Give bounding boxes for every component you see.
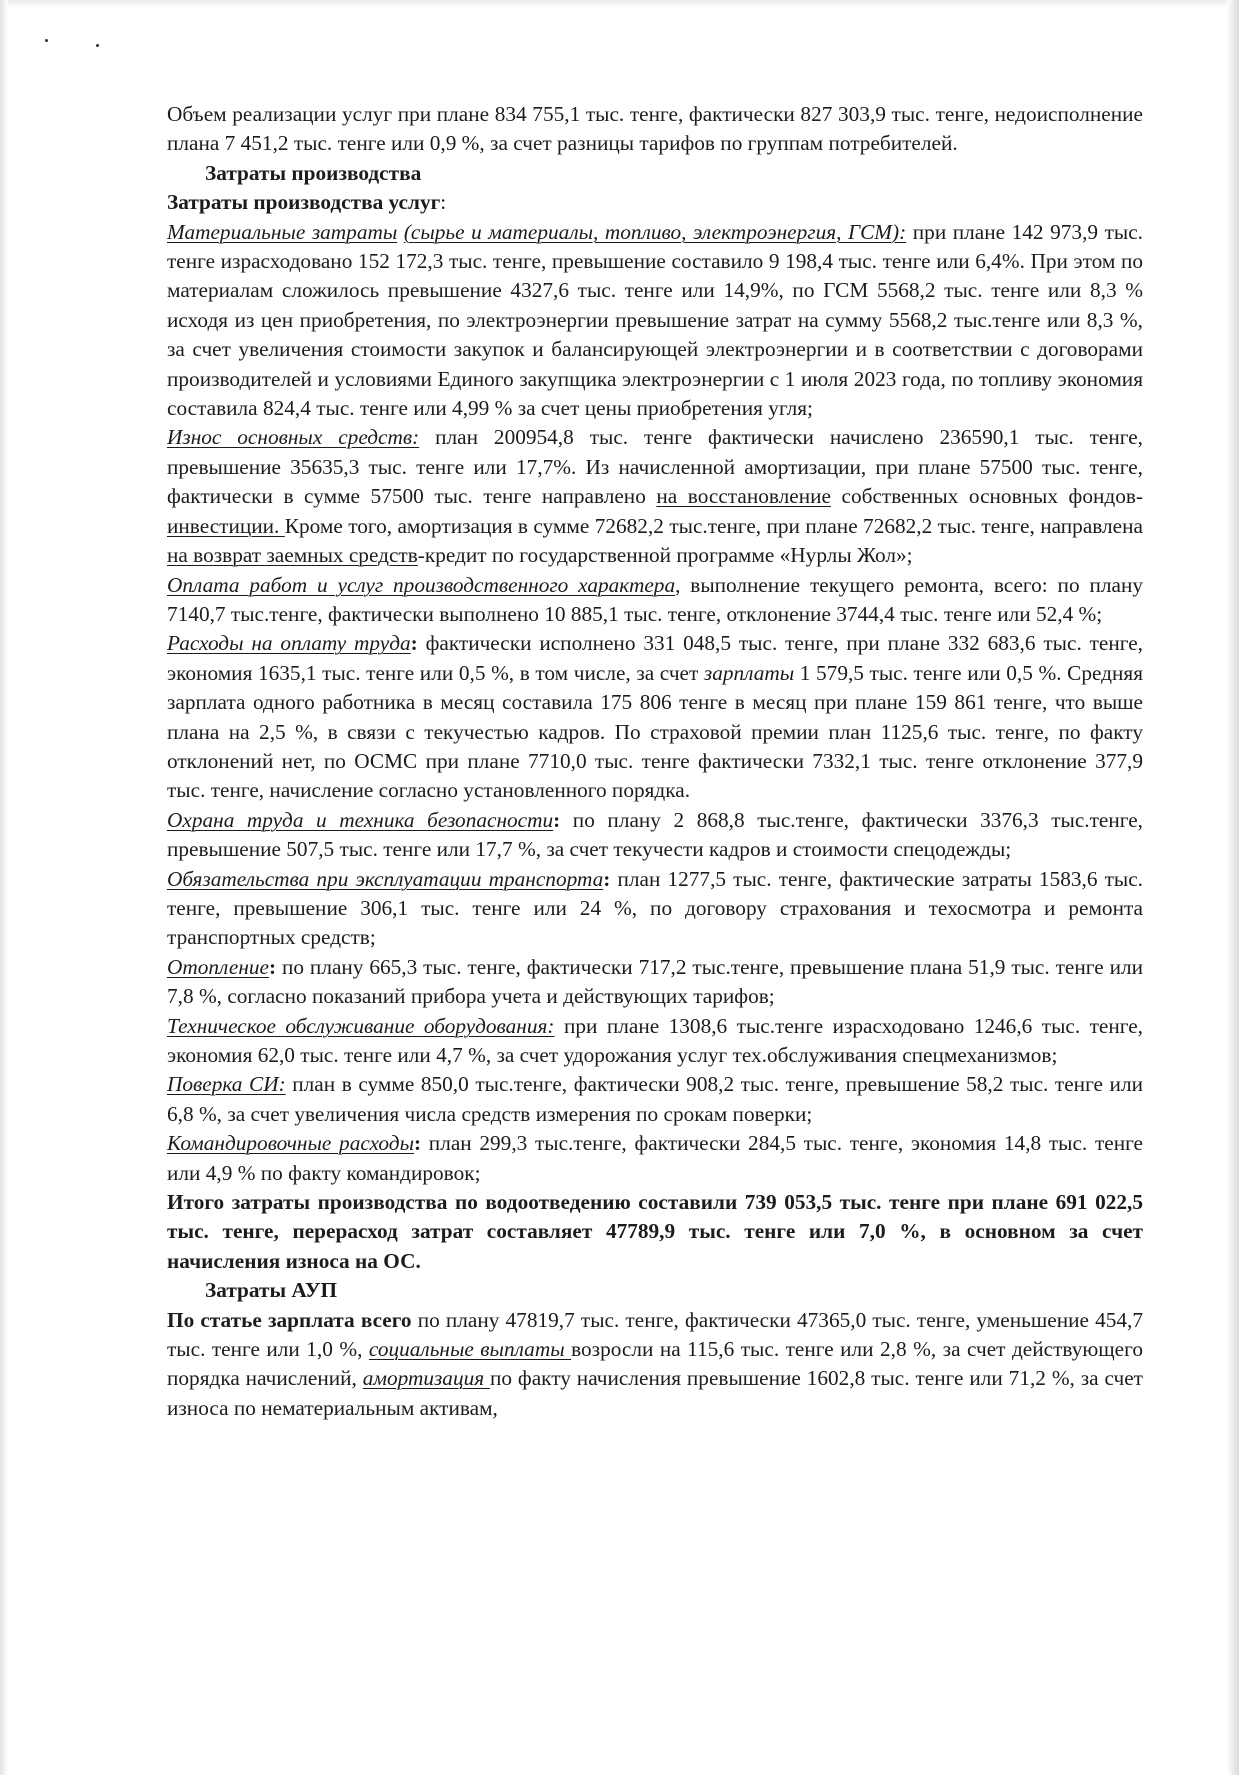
item-heading: Командировочные расходы (167, 1131, 414, 1155)
section-heading: Затраты производства услуг: (167, 188, 1143, 217)
item-heading: Оплата работ и услуг производственного х… (167, 573, 675, 597)
body-paragraph: Обязательства при эксплуатации транспорт… (167, 865, 1143, 953)
text-run: план в сумме 850,0 тыс.тенге, фактически… (167, 1072, 1143, 1125)
text-run: собственных основных фондов- (831, 484, 1143, 508)
text-run: Итого затраты производства по водоотведе… (167, 1190, 1143, 1273)
item-heading: Износ основных средств: (167, 425, 419, 449)
body-paragraph: Поверка СИ: план в сумме 850,0 тыс.тенге… (167, 1070, 1143, 1129)
scan-speck (45, 39, 48, 42)
body-paragraph: Оплата работ и услуг производственного х… (167, 571, 1143, 630)
item-heading: (сырье и материалы, топливо, электроэнер… (404, 220, 906, 244)
text-run: Затраты производства (205, 161, 421, 185)
item-heading: амортизация (363, 1366, 490, 1390)
text-run: Затраты АУП (205, 1278, 337, 1302)
underlined-text: инвестиции. (167, 514, 285, 538)
text-run: при плане 142 973,9 тыс. тенге израсходо… (167, 220, 1143, 420)
text-run: : (411, 631, 418, 655)
body-paragraph: По статье зарплата всего по плану 47819,… (167, 1306, 1143, 1424)
scan-edge-top (0, 0, 1239, 8)
section-heading: Затраты производства (167, 159, 1143, 188)
body-paragraph: Расходы на оплату труда: фактически испо… (167, 629, 1143, 805)
body-paragraph: Износ основных средств: план 200954,8 ты… (167, 423, 1143, 570)
scan-speck (96, 44, 99, 47)
body-paragraph: Командировочные расходы: план 299,3 тыс.… (167, 1129, 1143, 1188)
scan-edge-left (0, 0, 8, 1775)
body-paragraph: Объем реализации услуг при плане 834 755… (167, 100, 1143, 159)
text-run: Затраты производства услуг (167, 190, 440, 214)
body-paragraph: Материальные затраты (сырье и материалы,… (167, 218, 1143, 424)
text-run: зарплаты (704, 661, 794, 685)
item-heading: Расходы на оплату труда (167, 631, 411, 655)
text-run: Объем реализации услуг при плане 834 755… (167, 102, 1143, 155)
item-heading: социальные выплаты (369, 1337, 571, 1361)
item-heading: Охрана труда и техника безопасности (167, 808, 553, 832)
body-paragraph: Охрана труда и техника безопасности: по … (167, 806, 1143, 865)
text-run: Кроме того, амортизация в сумме 72682,2 … (285, 514, 1143, 538)
underlined-text: на восстановление (656, 484, 831, 508)
item-heading: Отопление (167, 955, 269, 979)
body-paragraph: Техническое обслуживание оборудования: п… (167, 1012, 1143, 1071)
item-heading: Материальные затраты (167, 220, 397, 244)
total-paragraph: Итого затраты производства по водоотведе… (167, 1188, 1143, 1276)
text-run: по плану 665,3 тыс. тенге, фактически 71… (167, 955, 1143, 1008)
underlined-text: на возврат заемных средств (167, 543, 418, 567)
text-run: По статье зарплата всего (167, 1308, 412, 1332)
text-run: : (440, 190, 446, 214)
item-heading: Техническое обслуживание оборудования: (167, 1014, 555, 1038)
document-page: Объем реализации услуг при плане 834 755… (167, 100, 1143, 1423)
section-heading: Затраты АУП (167, 1276, 1143, 1305)
item-heading: Обязательства при эксплуатации транспорт… (167, 867, 603, 891)
body-paragraph: Отопление: по плану 665,3 тыс. тенге, фа… (167, 953, 1143, 1012)
text-run: -кредит по государственной программе «Ну… (418, 543, 913, 567)
item-heading: Поверка СИ: (167, 1072, 286, 1096)
scan-edge-right (1227, 0, 1239, 1775)
